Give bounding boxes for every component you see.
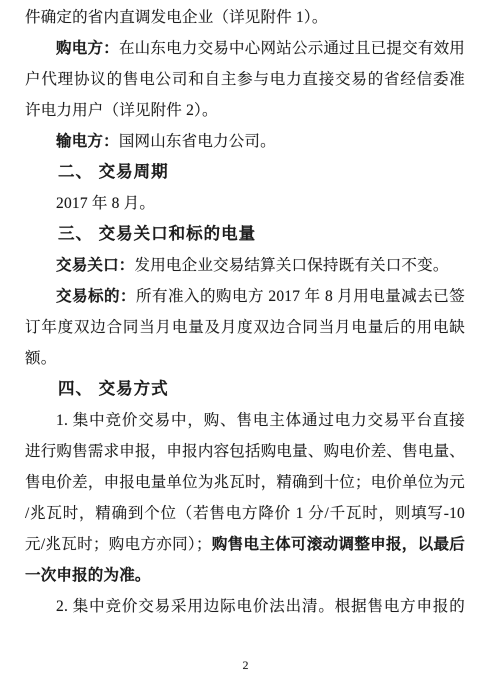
text-line: 进行购售需求申报，申报内容包括购电量、购电价差、售电量、 <box>25 436 465 467</box>
text-line: 元/兆瓦时；购电方亦同）；购售电主体可滚动调整申报，以最后 <box>25 529 465 560</box>
text-run: 发用电企业交易结算关口保持既有关口不变。 <box>135 257 449 274</box>
bold-text-run: 输电方： <box>56 133 119 150</box>
text-line: 购电方：在山东电力交易中心网站公示通过且已提交有效用 <box>25 33 465 64</box>
text-run: 2017 年 8 月。 <box>56 195 155 212</box>
text-run: 1. 集中竞价交易中，购、售电主体通过电力交易平台直接 <box>56 412 465 429</box>
text-run: 2. 集中竞价交易采用边际电价法出清。根据售电方申报的 <box>56 598 465 615</box>
section-heading: 四、 交易方式 <box>25 374 465 405</box>
text-line: 许电力用户（详见附件 2）。 <box>25 95 465 126</box>
text-line: 输电方：国网山东省电力公司。 <box>25 126 465 157</box>
document-body: 件确定的省内直调发电企业（详见附件 1）。购电方：在山东电力交易中心网站公示通过… <box>25 2 465 622</box>
text-line: 件确定的省内直调发电企业（详见附件 1）。 <box>25 2 465 33</box>
text-run: 在山东电力交易中心网站公示通过且已提交有效用 <box>119 40 465 57</box>
text-run: 进行购售需求申报，申报内容包括购电量、购电价差、售电量、 <box>25 443 465 460</box>
bold-text-run: 一次申报的为准。 <box>25 567 151 584</box>
bold-text-run: 四、 交易方式 <box>58 380 169 398</box>
text-line: 订年度双边合同当月电量及月度双边合同当月电量后的用电缺 <box>25 312 465 343</box>
bold-text-run: 二、 交易周期 <box>58 163 169 181</box>
document-page: 件确定的省内直调发电企业（详见附件 1）。购电方：在山东电力交易中心网站公示通过… <box>0 0 491 691</box>
text-run: 订年度双边合同当月电量及月度双边合同当月电量后的用电缺 <box>25 319 465 336</box>
text-line: 交易标的：所有准入的购电方 2017 年 8 月用电量减去已签 <box>25 281 465 312</box>
page-footer: 2 <box>0 658 491 673</box>
text-run: 国网山东省电力公司。 <box>119 133 276 150</box>
text-line: 售电价差，申报电量单位为兆瓦时，精确到十位；电价单位为元 <box>25 467 465 498</box>
text-line: 2. 集中竞价交易采用边际电价法出清。根据售电方申报的 <box>25 591 465 622</box>
text-line: 额。 <box>25 343 465 374</box>
page-number: 2 <box>243 658 249 672</box>
text-run: 件确定的省内直调发电企业（详见附件 1）。 <box>25 9 328 26</box>
text-line: 1. 集中竞价交易中，购、售电主体通过电力交易平台直接 <box>25 405 465 436</box>
text-run: /兆瓦时，精确到个位（若售电方降价 1 分/千瓦时，则填写-10 <box>25 505 465 522</box>
bold-text-run: 交易关口： <box>56 257 135 274</box>
text-run: 额。 <box>25 350 56 367</box>
section-heading: 三、 交易关口和标的电量 <box>25 219 465 250</box>
text-line: 2017 年 8 月。 <box>25 188 465 219</box>
text-run: 户代理协议的售电公司和自主参与电力直接交易的省经信委准 <box>25 71 465 88</box>
text-run: 售电价差，申报电量单位为兆瓦时，精确到十位；电价单位为元 <box>25 474 465 491</box>
bold-text-run: 购电方： <box>56 40 119 57</box>
bold-text-run: 购售电主体可滚动调整申报，以最后 <box>212 536 465 553</box>
text-run: 所有准入的购电方 2017 年 8 月用电量减去已签 <box>136 288 465 305</box>
text-line: 交易关口：发用电企业交易结算关口保持既有关口不变。 <box>25 250 465 281</box>
section-heading: 二、 交易周期 <box>25 157 465 188</box>
text-line: 户代理协议的售电公司和自主参与电力直接交易的省经信委准 <box>25 64 465 95</box>
text-line: 一次申报的为准。 <box>25 560 465 591</box>
text-run: 元/兆瓦时；购电方亦同）； <box>25 536 212 553</box>
text-run: 许电力用户（详见附件 2）。 <box>25 102 218 119</box>
text-line: /兆瓦时，精确到个位（若售电方降价 1 分/千瓦时，则填写-10 <box>25 498 465 529</box>
bold-text-run: 三、 交易关口和标的电量 <box>58 225 256 243</box>
bold-text-run: 交易标的： <box>56 288 136 305</box>
